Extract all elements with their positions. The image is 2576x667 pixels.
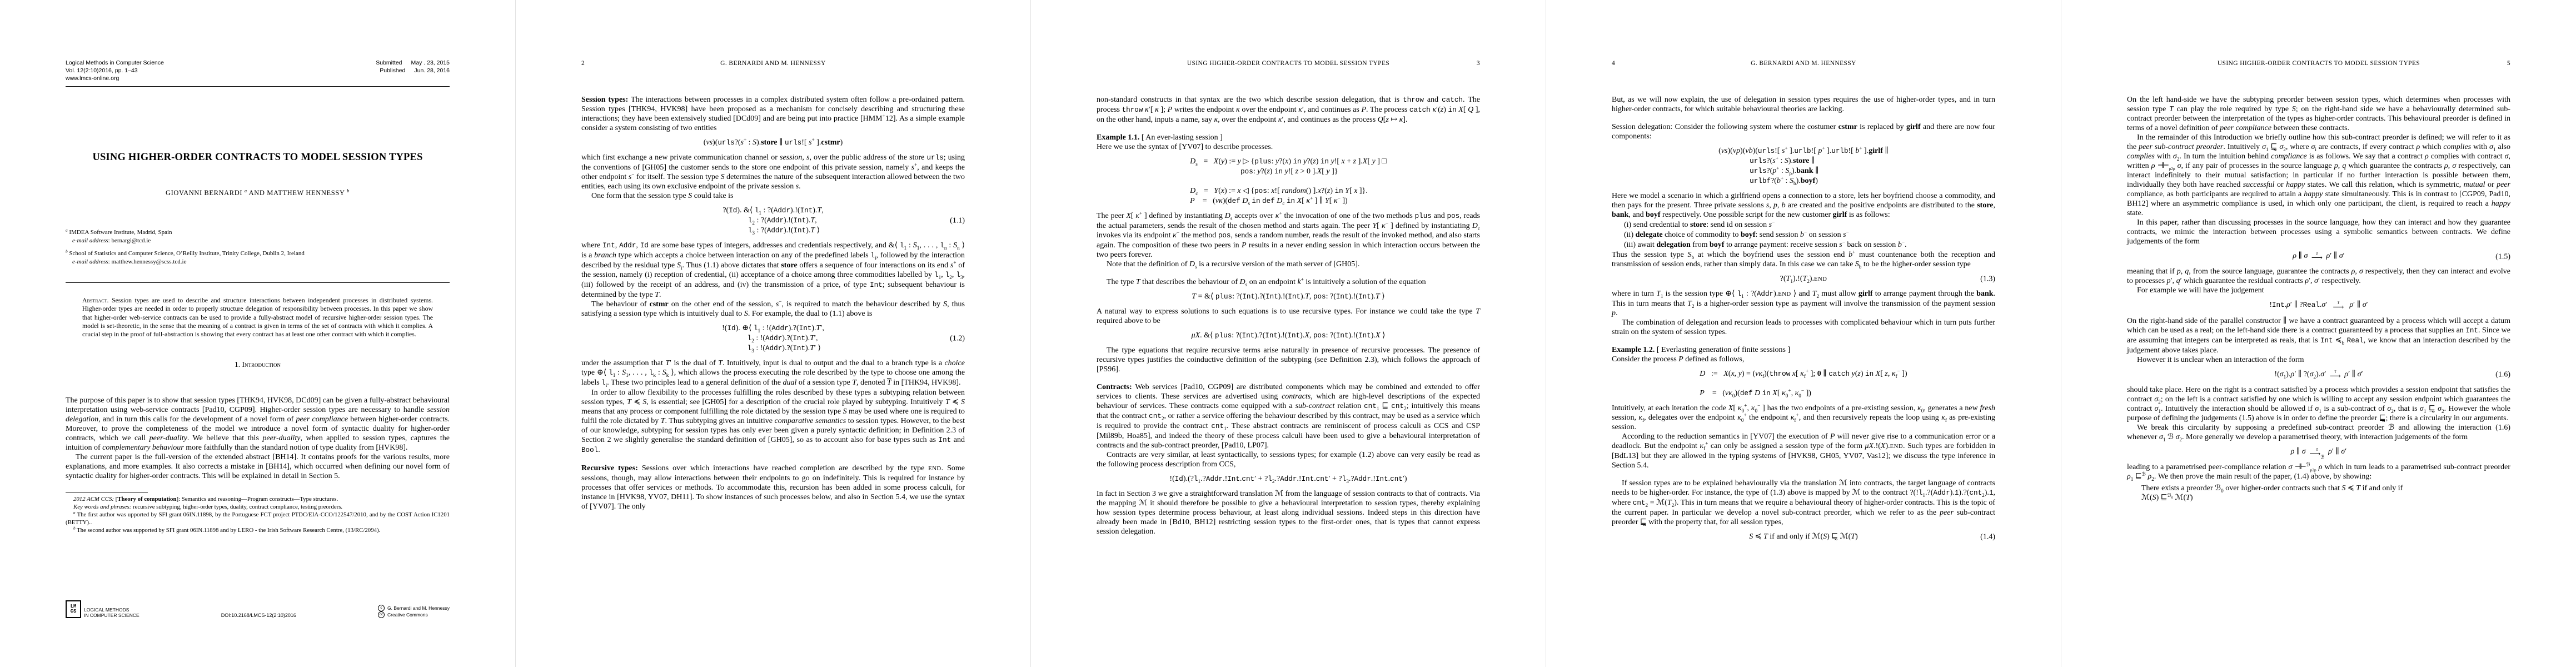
paragraph: On the right-hand side of the parallel c…	[2127, 316, 2510, 355]
page-number: 2	[581, 59, 604, 68]
paragraph: A natural way to express solutions to su…	[1097, 307, 1480, 326]
section-heading: 1. Introduction	[66, 360, 450, 369]
display-equation: ρ ∥ σ τ⟶ ρ′ ∥ σ′(1.5)	[2127, 251, 2510, 262]
display-equation: ρ ∥ σ τ⟶ℬ ρ′ ∥ σ′	[2127, 447, 2510, 457]
paragraph: In fact in Section 3 we give a straightf…	[1097, 489, 1480, 536]
lmcs-wordmark-line2: IN COMPUTER SCIENCE	[84, 613, 139, 618]
paragraph: Session delegation: Consider the followi…	[1612, 122, 1995, 141]
page-number: 4	[1612, 59, 1634, 68]
email-b: e-mail address: matthew.hennessy@scss.tc…	[72, 258, 450, 266]
paragraph: The type equations that require recursiv…	[1097, 346, 1480, 374]
paragraph: The purpose of this paper is to show tha…	[66, 396, 450, 452]
paragraph: The peer X[ κ+ ] defined by instantiatin…	[1097, 211, 1480, 260]
equation-number: (1.5)	[2495, 252, 2510, 261]
paragraph: Thus the session type Sb at which the bo…	[1612, 250, 1995, 269]
submission-dates: SubmittedMay . 23, 2015 PublishedJun. 28…	[376, 59, 450, 82]
paragraph: On the left hand-side we have the subtyp…	[2127, 95, 2510, 133]
paragraph: In this paper, rather than discussing pr…	[2127, 218, 2510, 246]
abstract: Abstract. Session types are used to desc…	[66, 296, 450, 339]
lmcs-logo-icon: LM CS	[66, 600, 81, 618]
display-equation: Ds = X(y) := y ▷ {plus: y?(x) in y?(z) i…	[1097, 157, 1480, 206]
display-equation: (νs)(νp)(νb)(urls![ s+ ].urlb![ p+ ].url…	[1612, 146, 1995, 186]
lmcs-branding: LM CS LOGICAL METHODS IN COMPUTER SCIENC…	[66, 600, 139, 618]
display-equation: ?(T1).!(T2).END(1.3)	[1612, 274, 1995, 284]
affiliation-b: b School of Statistics and Computer Scie…	[66, 250, 450, 258]
paragraph: where Int, Addr, Id are some base types …	[581, 241, 965, 300]
display-equation: !(Id).(?l1.?Addr.!Int.cnt′ + ?l2.?Addr.!…	[1097, 474, 1480, 484]
running-head: USING HIGHER-ORDER CONTRACTS TO MODEL SE…	[2127, 59, 2510, 68]
journal-volume: Vol. 12(2:10)2016, pp. 1–43	[66, 67, 164, 74]
page-footer: LM CS LOGICAL METHODS IN COMPUTER SCIENC…	[66, 600, 450, 618]
header-rule	[66, 86, 450, 87]
page-3: USING HIGHER-ORDER CONTRACTS TO MODEL SE…	[1030, 0, 1546, 667]
logo-letters-bottom: CS	[71, 609, 77, 614]
page-1: Logical Methods in Computer Science Vol.…	[0, 0, 515, 667]
equation-number: (1.2)	[950, 334, 965, 344]
list-item: (i) send credential to store: send id on…	[1612, 220, 1995, 230]
paragraph: Note that the definition of Ds is a recu…	[1097, 260, 1480, 269]
display-equation: T = &⟨ plus: ?(Int).?(Int).!(Int).T, pos…	[1097, 292, 1480, 302]
paragraph: The behaviour of cstmr on the other end …	[581, 300, 965, 318]
theorem-statement: There exists a preorder ℬ0 over higher-o…	[2127, 484, 2510, 502]
email-a: e-mail address: bernargi@tcd.ie	[72, 237, 450, 245]
submitted-date: May . 23, 2015	[411, 59, 450, 67]
footnotes: 2012 ACM CCS: [Theory of computation]: S…	[66, 496, 450, 534]
paragraph: which first exchange a new private commu…	[581, 153, 965, 191]
running-head: 4 G. BERNARDI AND M. HENNESSY	[1612, 59, 1995, 68]
paragraph: under the assumption that T′ is the dual…	[581, 359, 965, 388]
paragraph: For example we will have the judgement	[2127, 286, 2510, 295]
published-date: Jun. 28, 2016	[414, 67, 450, 74]
display-equation: !(Id). ⊕⟨ l1 : !(Addr).?(Int).T′, l2 : !…	[581, 323, 965, 354]
display-equation: !(σ1).ρ′ ∥ ?(σ2).σ′ τ⟶ ρ′ ∥ σ′(1.6)	[2127, 370, 2510, 380]
submitted-label: Submitted	[376, 59, 402, 67]
list-item: (iii) await delegation from boyf to arra…	[1612, 240, 1995, 250]
footnote-keywords: Key words and phrases: recursive subtypi…	[66, 504, 450, 511]
journal-url: www.lmcs-online.org	[66, 74, 164, 82]
paragraph: leading to a parametrised peer-complianc…	[2127, 462, 2510, 481]
equation-number: (1.4)	[1980, 532, 1995, 541]
lmcs-wordmark: LOGICAL METHODS IN COMPUTER SCIENCE	[84, 607, 139, 618]
display-equation: ?(Id). &⟨ l1 : ?(Addr).!(Int).T, l2 : ?(…	[581, 206, 965, 236]
display-equation: S ≼ T if and only if ℳ(S) ⊑̰ ℳ(T)(1.4)	[1612, 532, 1995, 541]
running-head: USING HIGHER-ORDER CONTRACTS TO MODEL SE…	[1097, 59, 1480, 68]
paragraph: The type T that describes the behaviour …	[1097, 277, 1480, 287]
paper-title: USING HIGHER-ORDER CONTRACTS TO MODEL SE…	[66, 151, 450, 164]
script-list: (i) send credential to store: send id on…	[1612, 220, 1995, 250]
footnote-grant-b: b The second author was supported by SFI…	[66, 527, 450, 535]
page-2: 2 G. BERNARDI AND M. HENNESSY Session ty…	[515, 0, 1030, 667]
copyright-text: G. Bernardi and M. Hennessy	[387, 605, 450, 611]
cc-text: Creative Commons	[387, 612, 428, 618]
paragraph: One form that the session type S could t…	[581, 191, 965, 201]
paragraph: Contracts are very similar, at least syn…	[1097, 450, 1480, 469]
abstract-rule	[66, 282, 450, 283]
paragraph: Contracts: Web services [Pad10, CGP09] a…	[1097, 382, 1480, 450]
paragraph: We break this circularity by supposing a…	[2127, 423, 2510, 442]
footnote-grant-a: a The first author was upported by SFI g…	[66, 511, 450, 527]
journal-info: Logical Methods in Computer Science Vol.…	[66, 59, 164, 82]
running-title: USING HIGHER-ORDER CONTRACTS TO MODEL SE…	[2149, 59, 2488, 68]
affiliations: a IMDEA Software Institute, Madrid, Spai…	[66, 223, 450, 266]
equation-number: (1.3)	[1980, 275, 1995, 284]
paragraph: However it is unclear when an interactio…	[2127, 355, 2510, 365]
paragraph: Intuitively, at each iteration the code …	[1612, 404, 1995, 432]
published-label: Published	[380, 67, 405, 74]
running-title: G. BERNARDI AND M. HENNESSY	[1634, 59, 1973, 68]
page-5: USING HIGHER-ORDER CONTRACTS TO MODEL SE…	[2061, 0, 2576, 667]
equation-number: (1.1)	[950, 216, 965, 226]
display-equation: !Int.ρ′ ∥ ?Real.σ′ τ⟶ ρ′ ∥ σ′	[2127, 300, 2510, 311]
cc-icon: cc	[378, 611, 385, 618]
document-spread: Logical Methods in Computer Science Vol.…	[0, 0, 2576, 667]
page-4: 4 G. BERNARDI AND M. HENNESSY But, as we…	[1546, 0, 2061, 667]
doi: DOI:10.2168/LMCS-12(2:10)2016	[139, 613, 378, 618]
example-heading: Example 1.1. [ An ever-lasting session ]…	[1097, 133, 1480, 152]
paragraph: The current paper is the full-version of…	[66, 452, 450, 481]
footnote-ccs: 2012 ACM CCS: [Theory of computation]: S…	[66, 496, 450, 504]
paragraph: In the remainder of this Introduction we…	[2127, 133, 2510, 218]
lmcs-wordmark-line1: LOGICAL METHODS	[84, 607, 139, 613]
paragraph: Session types: The interactions between …	[581, 95, 965, 133]
paragraph: where in turn T1 is the session type ⊕⟨ …	[1612, 289, 1995, 318]
display-equation: (νs)(urls?(s+ : S).store ∥ urls![ s+ ].c…	[581, 138, 965, 148]
journal-name: Logical Methods in Computer Science	[66, 59, 164, 67]
running-head: 2 G. BERNARDI AND M. HENNESSY	[581, 59, 965, 68]
paragraph: But, as we will now explain, the use of …	[1612, 95, 1995, 114]
paragraph: According to the reduction semantics in …	[1612, 432, 1995, 470]
paragraph: meaning that if p, q, from the source la…	[2127, 267, 2510, 286]
example-heading: Example 1.2. [ Everlasting generation of…	[1612, 345, 1995, 364]
page-number: 3	[1458, 59, 1480, 68]
paragraph: Recursive types: Sessions over which int…	[581, 464, 965, 511]
paragraph: If session types are to be explained beh…	[1612, 479, 1995, 527]
authors: GIOVANNI BERNARDI a AND MATTHEW HENNESSY…	[66, 188, 450, 198]
affiliation-a: a IMDEA Software Institute, Madrid, Spai…	[66, 228, 450, 237]
rights: cG. Bernardi and M. Hennessy ccCreative …	[378, 605, 450, 618]
paragraph: Here we model a scenario in which a girl…	[1612, 191, 1995, 220]
paragraph: In order to allow flexibility to the pro…	[581, 388, 965, 455]
equation-number: (1.6)	[2495, 370, 2510, 380]
journal-header: Logical Methods in Computer Science Vol.…	[66, 59, 450, 82]
display-equation: μX. &⟨ plus: ?(Int).?(Int).!(Int).X, pos…	[1097, 331, 1480, 341]
copyright-icon: c	[378, 605, 385, 611]
running-title: USING HIGHER-ORDER CONTRACTS TO MODEL SE…	[1119, 59, 1458, 68]
running-title: G. BERNARDI AND M. HENNESSY	[604, 59, 943, 68]
display-equation: D := X(x, y) = (νκf)(throw x[ κf+ ]; 0 ∥…	[1612, 369, 1995, 399]
list-item: (ii) delegate choice of commodity to boy…	[1612, 230, 1995, 240]
paragraph: should take place. Here on the right is …	[2127, 385, 2510, 423]
page-number: 5	[2488, 59, 2510, 68]
footnote-rule	[66, 492, 148, 492]
paragraph: The combination of delegation and recurs…	[1612, 318, 1995, 337]
paragraph: non-standard constructs in that syntax a…	[1097, 95, 1480, 125]
